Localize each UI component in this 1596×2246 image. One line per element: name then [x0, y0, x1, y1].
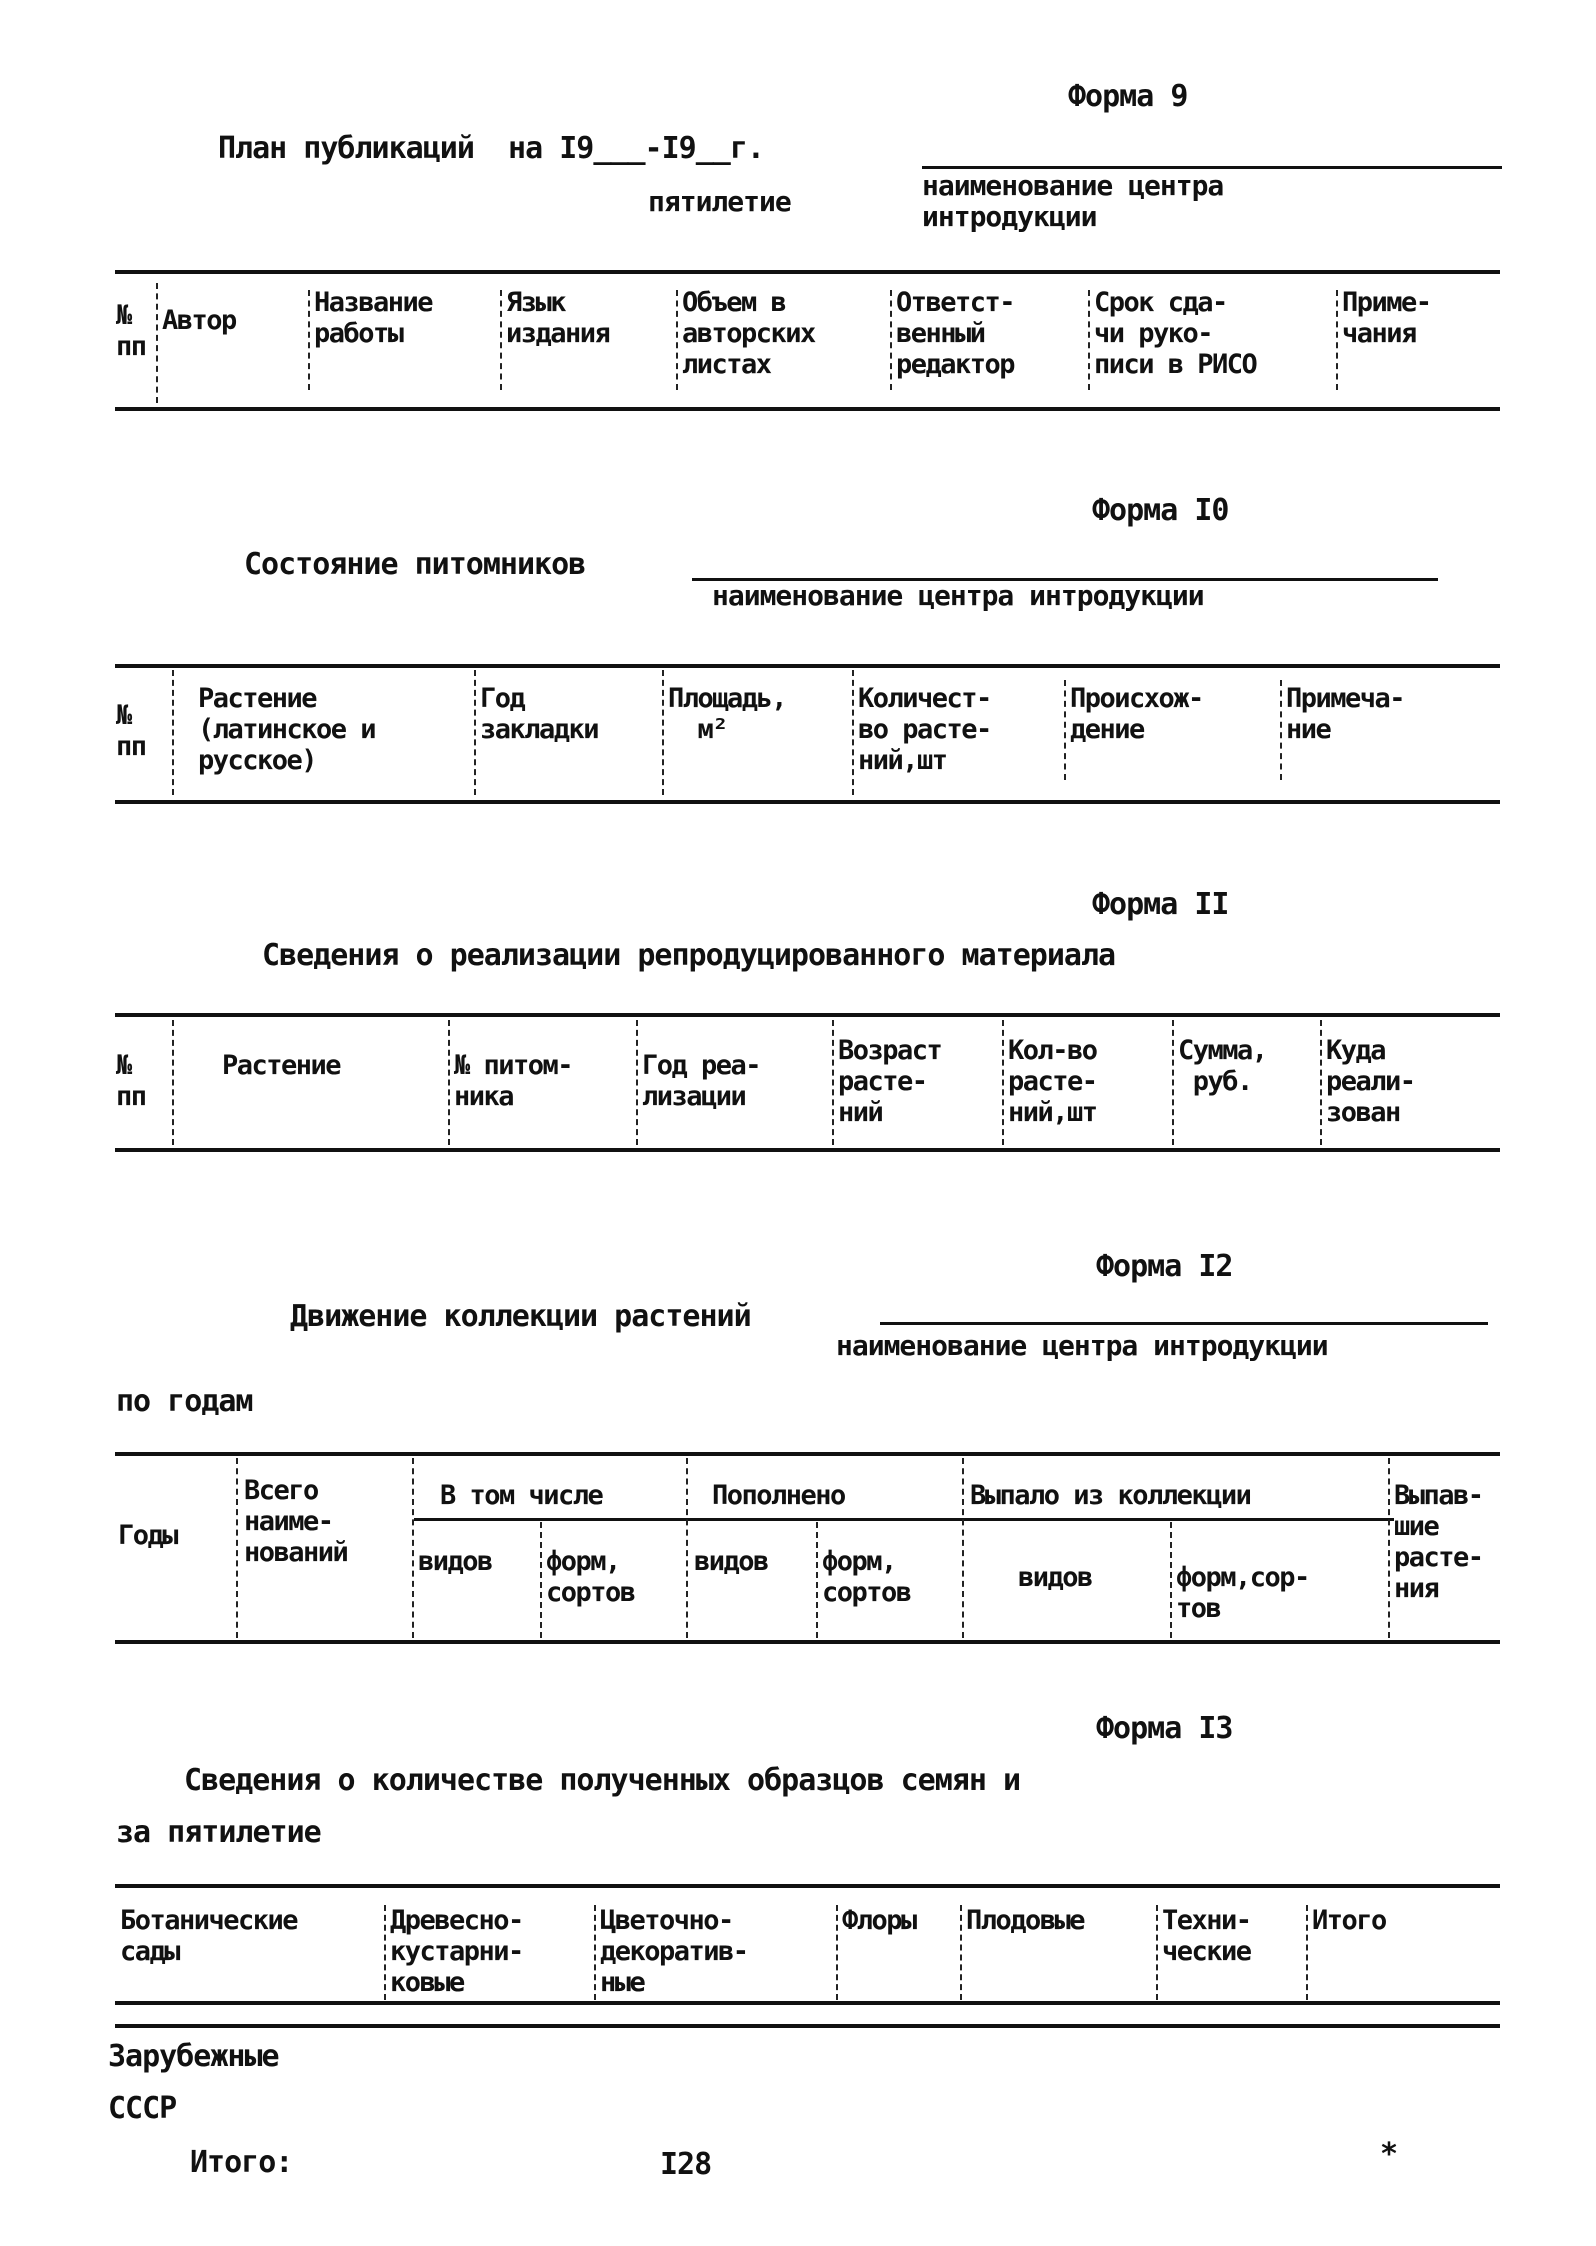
column-divider [960, 1905, 964, 2000]
column-header: Кол-во расте- ний,шт [1008, 1035, 1097, 1128]
form-13-label: Форма I3 [1096, 1712, 1233, 1746]
row-label-ussr: СССР [108, 2092, 176, 2126]
column-divider [1088, 290, 1092, 390]
column-divider [816, 1522, 820, 1638]
column-header: Пополнено [712, 1480, 845, 1511]
column-divider [1388, 1458, 1392, 1638]
form-13-subtitle: за пятилетие [116, 1816, 321, 1850]
column-header: Ботанические сады [120, 1905, 297, 1967]
column-header: Происхож- дение [1070, 683, 1203, 745]
form-9-years-caption: пятилетие [648, 186, 791, 217]
column-header: № пп [116, 700, 146, 762]
column-header: В том числе [440, 1480, 602, 1511]
column-divider [852, 670, 856, 795]
column-divider [1280, 680, 1284, 780]
column-header: Автор [162, 305, 236, 336]
column-header: Год реа- лизации [642, 1050, 760, 1112]
column-divider [474, 670, 478, 795]
asterisk-mark: * [1380, 2138, 1397, 2172]
form-12-subtitle: по годам [116, 1385, 253, 1419]
column-header: Ответст- венный редактор [896, 287, 1014, 380]
column-header: Приме- чания [1342, 287, 1431, 349]
column-header: Объем в авторских листах [682, 287, 815, 380]
column-divider [832, 1020, 836, 1145]
column-divider [1306, 1905, 1310, 2000]
column-divider [1336, 290, 1340, 390]
form-10-title: Состояние питомников [244, 548, 585, 582]
form-13-title: Сведения о количестве полученных образцо… [184, 1764, 1020, 1798]
column-header: Возраст расте- ний [838, 1035, 941, 1128]
table-bottom-rule [115, 1148, 1500, 1152]
column-divider [594, 1905, 598, 2000]
column-header: Язык издания [506, 287, 609, 349]
column-divider [1064, 680, 1068, 780]
table-bottom-rule [115, 800, 1500, 804]
column-divider [1320, 1020, 1324, 1145]
column-divider [836, 1905, 840, 2000]
column-header: Цветочно- декоратив- ные [600, 1905, 748, 1998]
form-10-blank-caption: наименование центра интродукции [712, 580, 1204, 611]
column-header: Итого [1312, 1905, 1386, 1936]
form-9-label: Форма 9 [1068, 80, 1187, 114]
table-top-rule [115, 1013, 1500, 1017]
page-number: I28 [660, 2148, 711, 2182]
column-divider [308, 290, 312, 390]
column-divider [636, 1020, 640, 1145]
form-12-blank-caption: наименование центра интродукции [836, 1330, 1328, 1361]
table-bottom-rule [115, 407, 1500, 411]
column-header: Куда реали- зован [1326, 1035, 1415, 1128]
column-divider [1002, 1020, 1006, 1145]
column-header: Флоры [842, 1905, 916, 1936]
column-subheader: форм,сор- тов [1176, 1562, 1309, 1624]
form-9-blank-caption: наименование центра интродукции [922, 170, 1223, 232]
subheader-rule [414, 1518, 1394, 1521]
column-header: Растение (латинское и русское) [198, 683, 375, 776]
blank-line [880, 1322, 1488, 1325]
column-header: Площадь, м² [668, 683, 786, 745]
column-divider [540, 1522, 544, 1638]
table-top-rule [115, 270, 1500, 274]
column-header: Всего наиме- нований [244, 1475, 347, 1568]
column-divider [1156, 1905, 1160, 2000]
column-divider [890, 290, 894, 390]
table-bottom-rule [115, 2024, 1500, 2028]
column-divider [686, 1458, 690, 1638]
column-divider [412, 1458, 416, 1638]
column-header: Сумма, руб. [1178, 1035, 1267, 1097]
form-10-label: Форма I0 [1092, 494, 1229, 528]
column-header: Количест- во расте- ний,шт [858, 683, 991, 776]
column-header: Древесно- кустарни- ковые [390, 1905, 523, 1998]
column-header: Год закладки [480, 683, 598, 745]
form-9-title: План публикаций на I9___-I9__г. [218, 132, 764, 166]
form-11-label: Форма II [1092, 888, 1229, 922]
column-header: Выпало из коллекции [970, 1480, 1250, 1511]
column-divider [500, 290, 504, 390]
table-header-bottom-rule [115, 2001, 1500, 2005]
column-header: Название работы [314, 287, 432, 349]
column-divider [962, 1458, 966, 1638]
column-header: Плодовые [966, 1905, 1084, 1936]
row-label-foreign: Зарубежные [108, 2040, 279, 2074]
column-header: Техни- ческие [1162, 1905, 1251, 1967]
column-subheader: форм, сортов [822, 1546, 911, 1608]
column-divider [1172, 1020, 1176, 1145]
column-divider [384, 1905, 388, 2000]
column-divider [172, 1020, 176, 1145]
column-header: Примеча- ние [1286, 683, 1404, 745]
row-label-total: Итого: [190, 2146, 292, 2180]
table-top-rule [115, 1884, 1500, 1888]
column-divider [236, 1458, 240, 1638]
column-header: № пп [116, 1050, 146, 1112]
column-subheader: видов [418, 1546, 492, 1577]
column-divider [676, 290, 680, 390]
column-header: № пп [116, 300, 146, 362]
column-header: Срок сда- чи руко- писи в РИСО [1094, 287, 1256, 380]
form-11-title: Сведения о реализации репродуцированного… [262, 939, 1115, 973]
column-header: Выпав- шие расте- ния [1394, 1480, 1483, 1604]
column-divider [1170, 1522, 1174, 1638]
column-header: Годы [118, 1520, 177, 1551]
table-top-rule [115, 664, 1500, 668]
column-divider [662, 670, 666, 795]
table-top-rule [115, 1452, 1500, 1456]
column-divider [156, 283, 160, 403]
column-divider [448, 1020, 452, 1145]
column-header: Растение [222, 1050, 340, 1081]
column-subheader: форм, сортов [546, 1546, 635, 1608]
column-subheader: видов [1018, 1562, 1092, 1593]
column-header: № питом- ника [454, 1050, 572, 1112]
form-12-title: Движение коллекции растений [290, 1300, 751, 1334]
column-subheader: видов [694, 1546, 768, 1577]
table-bottom-rule [115, 1640, 1500, 1644]
form-12-label: Форма I2 [1096, 1250, 1233, 1284]
column-divider [172, 670, 176, 795]
